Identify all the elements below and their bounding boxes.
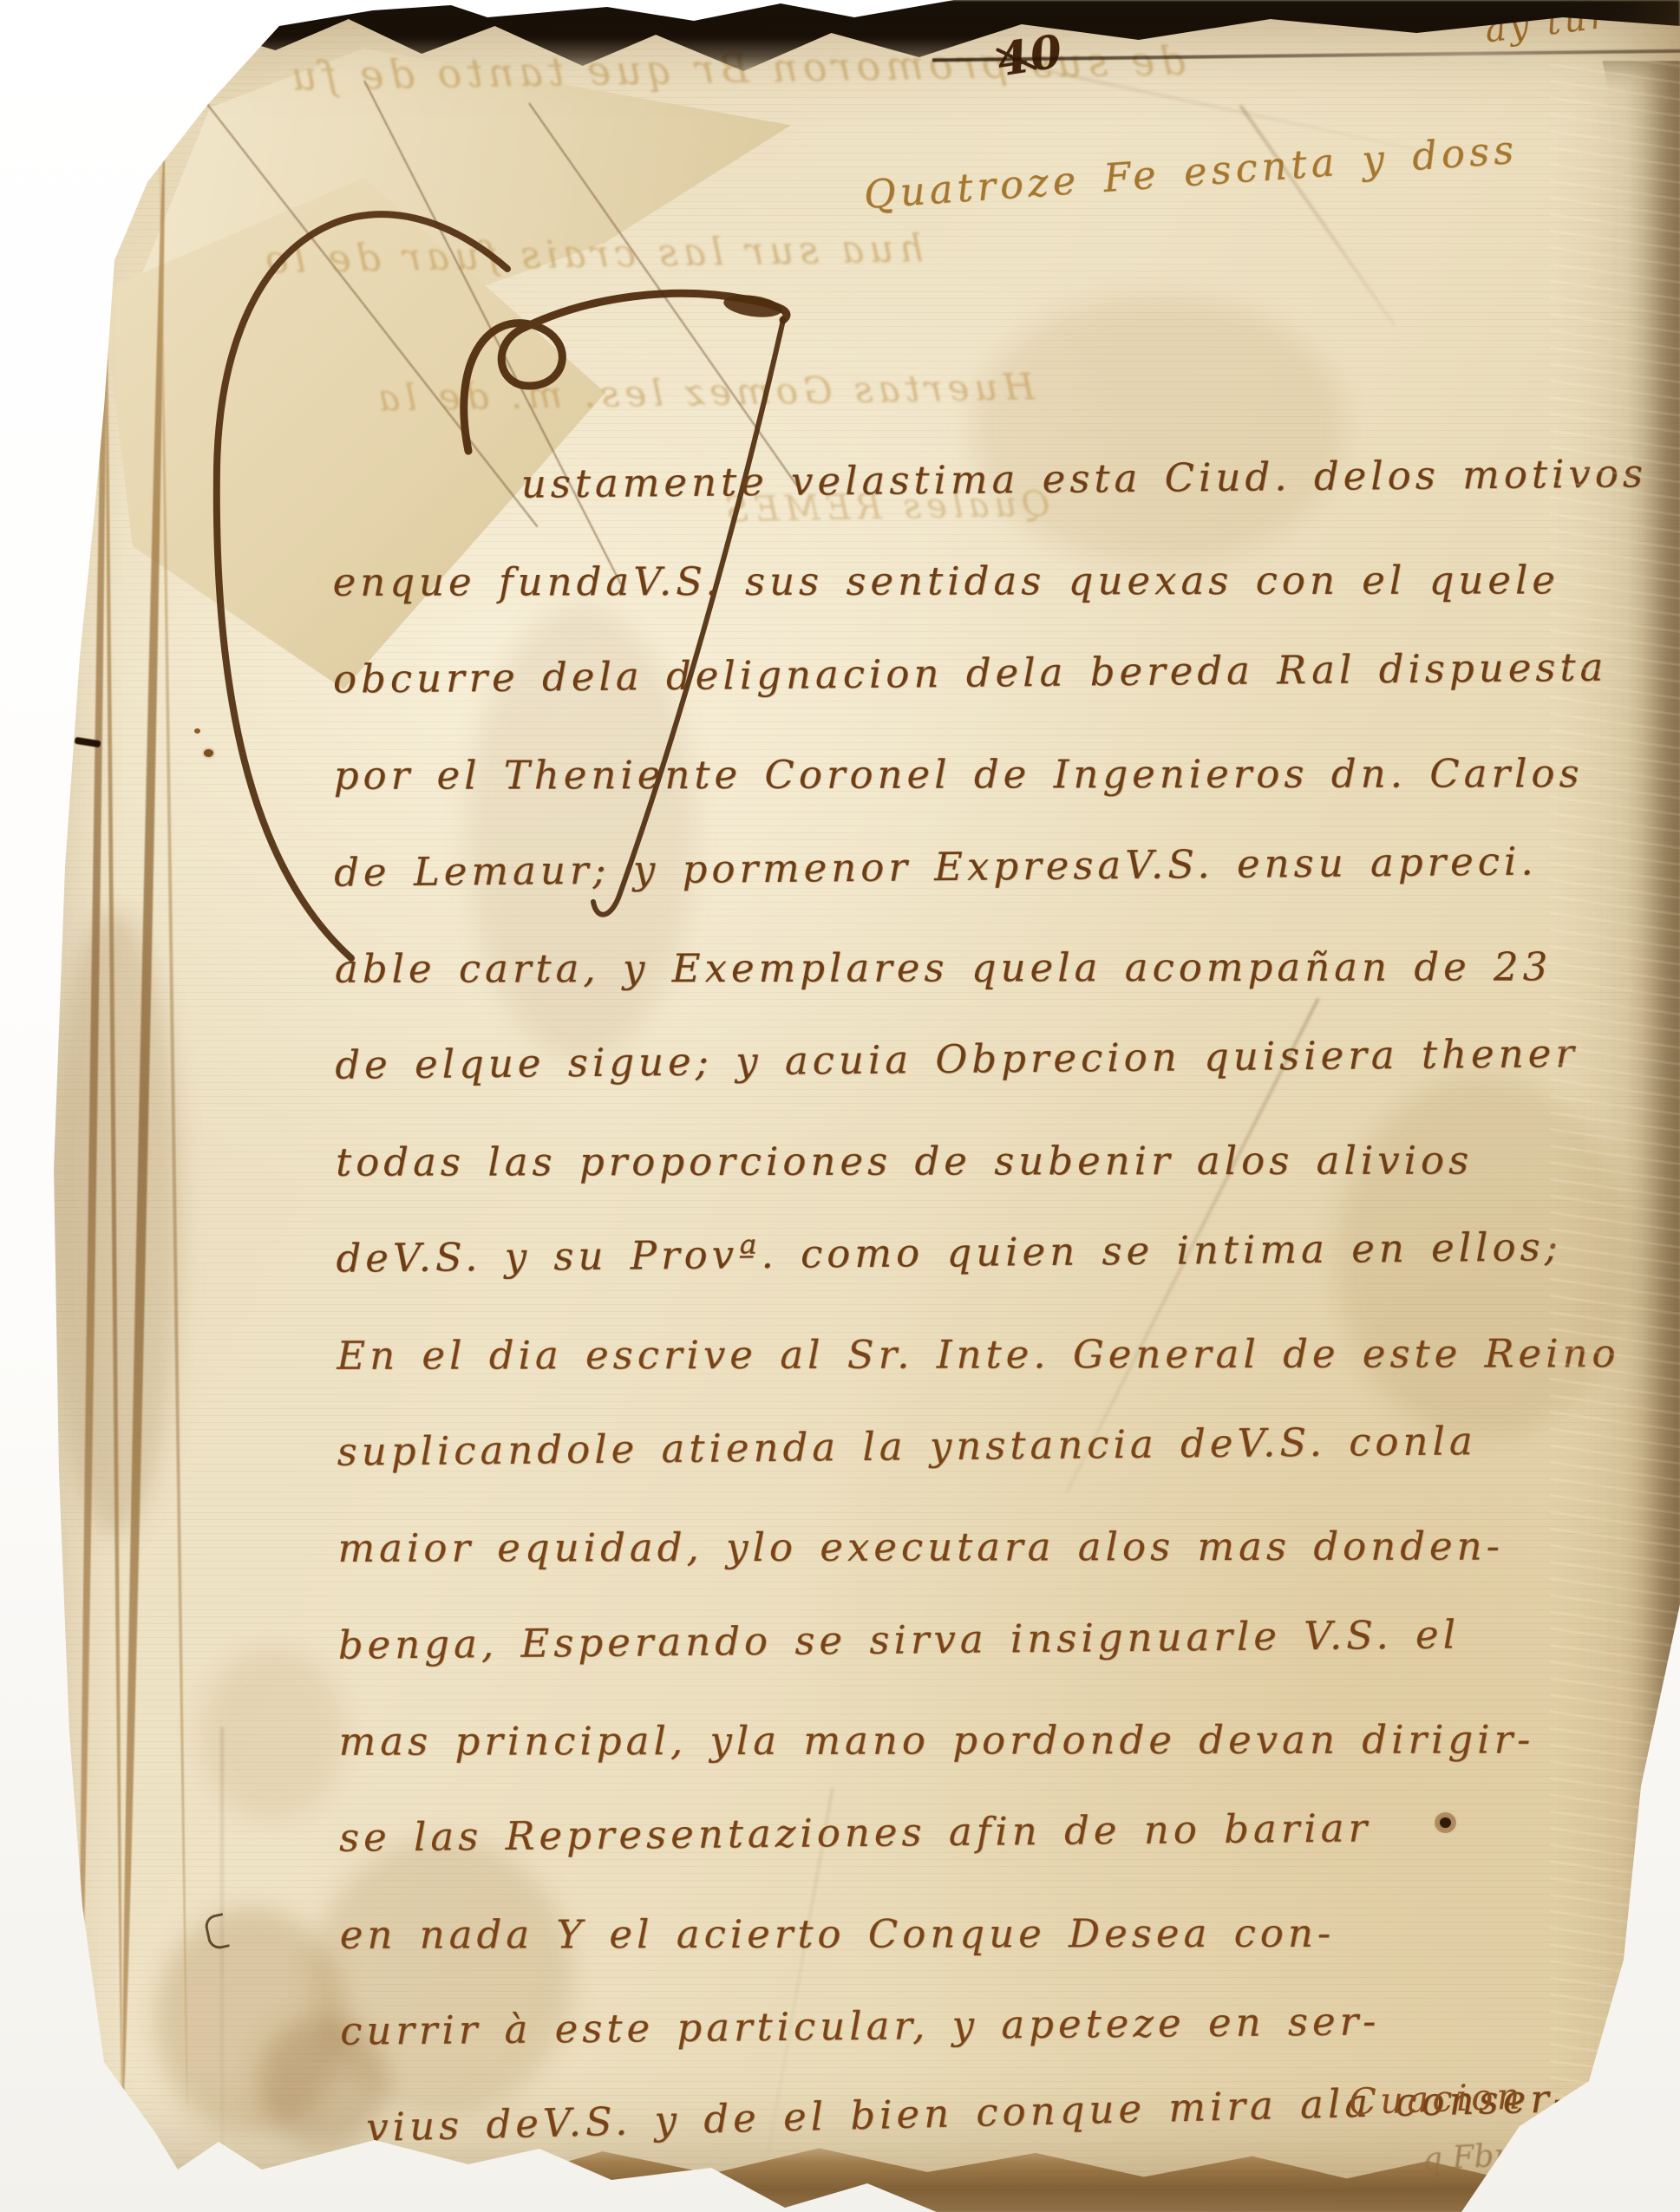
paper-vignette xyxy=(0,0,1680,2212)
scanned-manuscript-page: de sus promoron Br que tanto de fuhua su… xyxy=(0,0,1680,2212)
paper-sheet: de sus promoron Br que tanto de fuhua su… xyxy=(0,0,1680,2212)
